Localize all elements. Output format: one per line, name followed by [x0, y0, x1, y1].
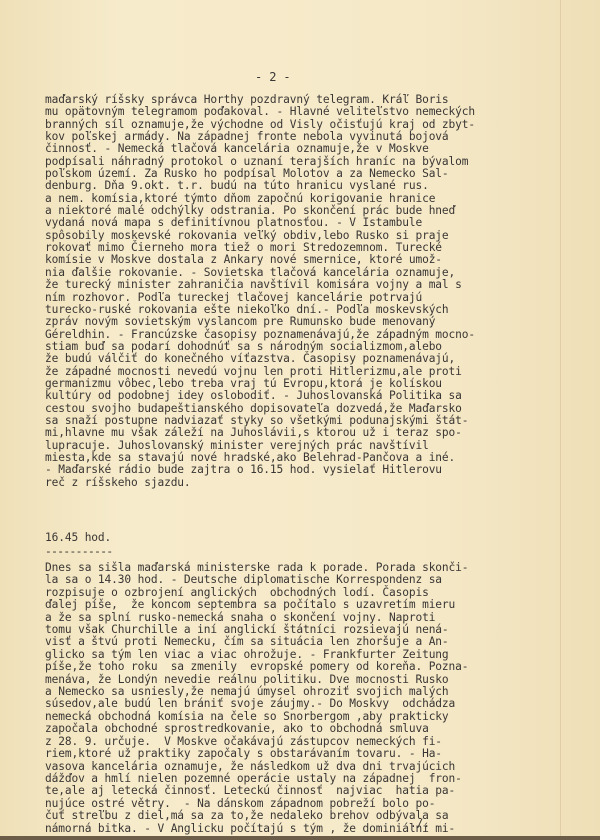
text-line: komísie v Moskve dostala z Ankary nové s…: [45, 254, 475, 266]
text-line: súsedov,ale budú len brániť svoje záujmy…: [45, 698, 468, 710]
text-line: reč z ríšskeho sjazdu.: [45, 477, 475, 489]
typewritten-page: - 2 - maďarský ríšsky správca Horthy poz…: [0, 0, 600, 836]
text-line: námorná bitka. - V Anglicku počítajú s t…: [45, 823, 468, 835]
text-line: mi,hlavne mu však záleží na Juhoslávii,s…: [45, 427, 475, 439]
time-heading: 16.45 hod.: [45, 531, 111, 544]
text-line: kultúry od podobnej idey oslobodiť. - Ju…: [45, 390, 475, 402]
text-line: že turecký minister zahraničia navštívil…: [45, 279, 475, 291]
text-line: započala obchodné sprostredkovanie, ako …: [45, 723, 468, 735]
text-line: že budú válčiť do konečného víťazstva. Č…: [45, 353, 475, 365]
text-line: zpráv novým sovietským vyslancom pre Rum…: [45, 316, 475, 328]
text-line: píše,že toho roku sa zmenily evropské po…: [45, 661, 468, 673]
text-line: la sa o 14.30 hod. - Deutsche diplomatis…: [45, 574, 468, 586]
text-line: te,ale aj letecká činnosť. Leteckú činno…: [45, 785, 468, 797]
paper-fold-line: [560, 0, 561, 836]
text-line: ďalej píše, že koncom septembra sa počít…: [45, 599, 468, 611]
continuation-mark: ./.: [410, 817, 430, 830]
page-number: - 2 -: [255, 70, 291, 84]
heading-underline: -----------: [45, 545, 113, 558]
text-line: - Maďarské rádio bude zajtra o 16.15 hod…: [45, 464, 475, 476]
scan-bottom-edge: [0, 836, 600, 840]
text-line: mu opätovným telegramom poďakoval. - Hla…: [45, 106, 475, 118]
text-line: denburg. Dňa 9.okt. t.r. budú na túto hr…: [45, 180, 475, 192]
news-section-2: Dnes sa sišla maďarská ministerske rada …: [45, 562, 468, 835]
text-line: vydaná nová mapa s definitívnou platnosť…: [45, 217, 475, 229]
news-section-1: maďarský ríšsky správca Horthy pozdravný…: [45, 94, 475, 489]
text-line: ním rozhovor. Podľa tureckej tlačovej ka…: [45, 292, 475, 304]
text-line: činnosť. - Nemecká tlačová kancelária oz…: [45, 143, 475, 155]
text-line: visť a štvú proti Nemecku, čím sa situác…: [45, 636, 468, 648]
text-line: riem,ktoré už praktiky započaly s obstar…: [45, 748, 468, 760]
text-line: čuť streľbu z diel,má sa za to,že nedale…: [45, 810, 468, 822]
